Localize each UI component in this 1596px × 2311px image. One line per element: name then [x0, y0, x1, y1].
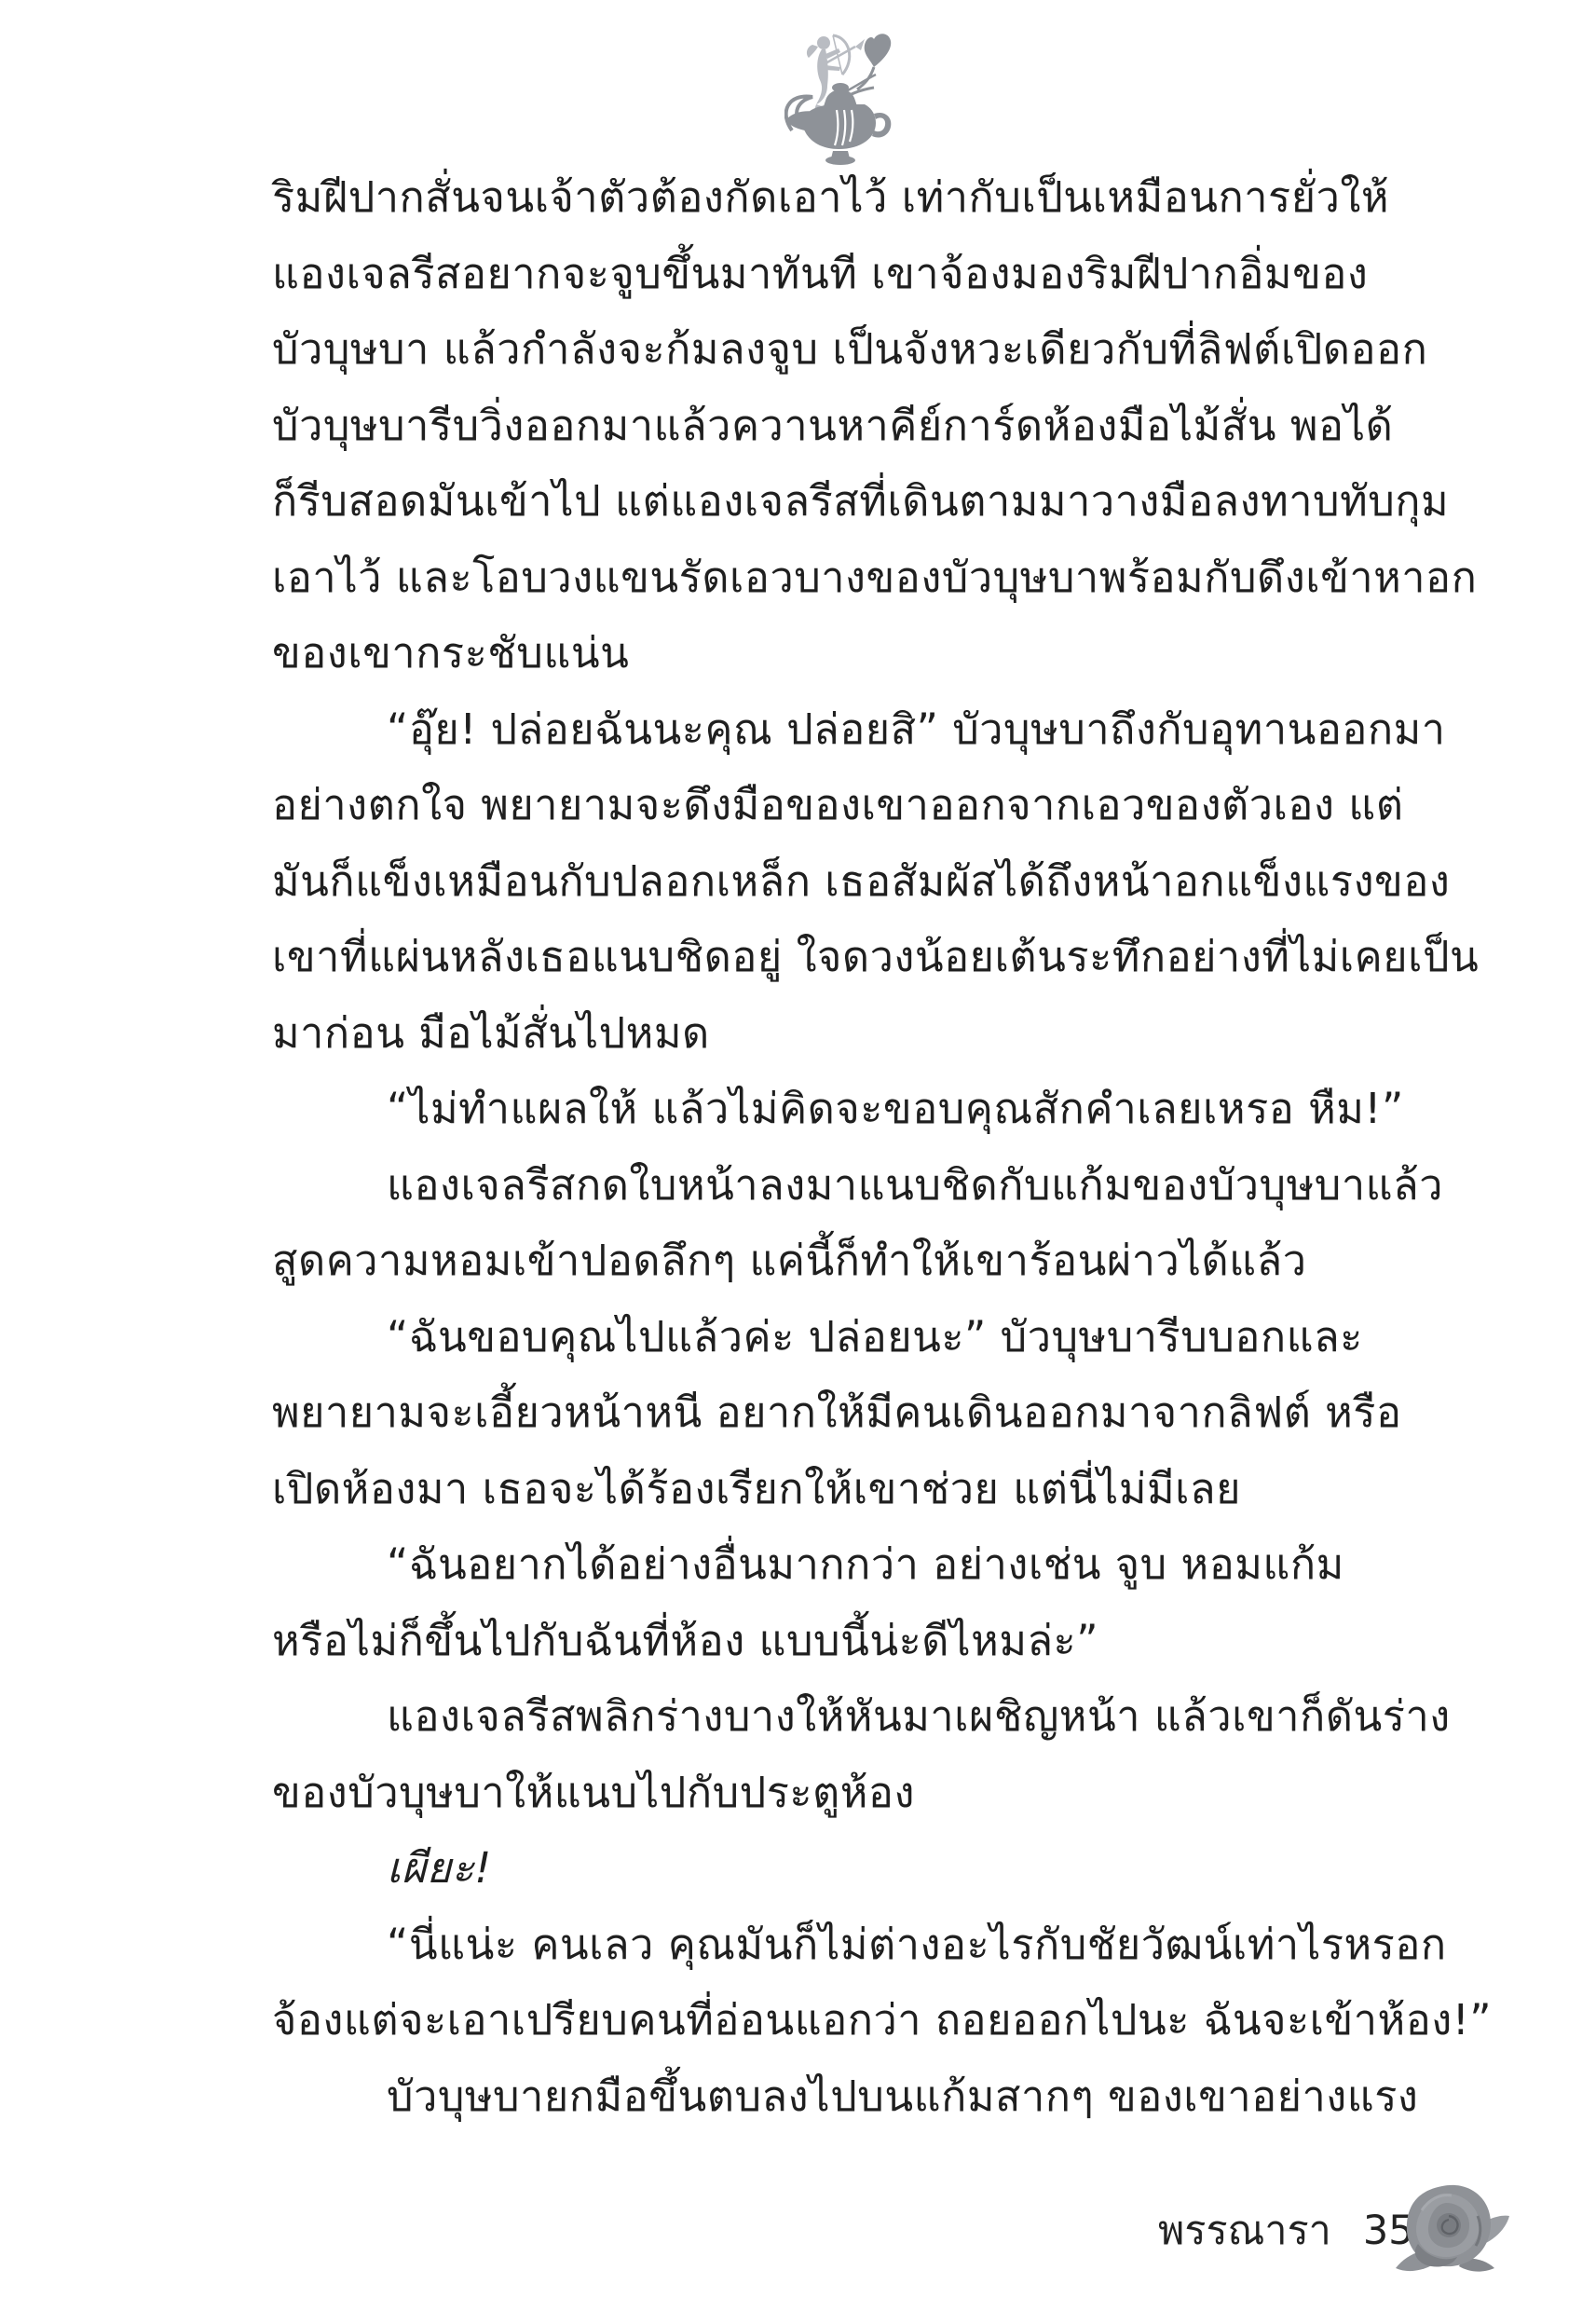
text-line: แองเจลรีสอยากจะจูบขึ้นมาทันที เขาจ้องมอง… [272, 236, 1423, 312]
text-line: แองเจลรีสพลิกร่างบางให้หันมาเผชิญหน้า แล… [272, 1678, 1423, 1755]
cupid-heart-teapot-ornament [784, 26, 896, 168]
text-line: เอาไว้ และโอบวงแขนรัดเอวบางของบัวบุษบาพร… [272, 540, 1423, 616]
text-line: “ไม่ทำแผลให้ แล้วไม่คิดจะขอบคุณสักคำเลยเ… [272, 1071, 1423, 1147]
text-line: มาก่อน มือไม้สั่นไปหมด [272, 995, 1423, 1072]
text-line: ก็รีบสอดมันเข้าไป แต่แองเจลรีสที่เดินตาม… [272, 463, 1423, 540]
book-title: พรรณารา [1158, 2203, 1331, 2259]
text-line: สูดความหอมเข้าปอดลึกๆ แค่นี้ก็ทำให้เขาร้… [272, 1223, 1423, 1299]
text-line: “ฉันอยากได้อย่างอื่นมากกว่า อย่างเช่น จู… [272, 1526, 1423, 1603]
footer-text: พรรณารา 35 [1158, 2203, 1414, 2259]
text-line: ริมฝีปากสั่นจนเจ้าตัวต้องกัดเอาไว้ เท่าก… [272, 159, 1423, 236]
text-line: เขาที่แผ่นหลังเธอแนบชิดอยู่ ใจดวงน้อยเต้… [272, 919, 1423, 995]
text-line: แองเจลรีสกดใบหน้าลงมาแนบชิดกับแก้มของบัว… [272, 1147, 1423, 1224]
body-text: ริมฝีปากสั่นจนเจ้าตัวต้องกัดเอาไว้ เท่าก… [272, 159, 1423, 2134]
heart-tail [857, 67, 874, 89]
book-page: ริมฝีปากสั่นจนเจ้าตัวต้องกัดเอาไว้ เท่าก… [0, 0, 1596, 2311]
text-line: บัวบุษบารีบวิ่งออกมาแล้วควานหาคีย์การ์ดห… [272, 388, 1423, 464]
text-line: จ้องแต่จะเอาเปรียบคนที่อ่อนแอกว่า ถอยออก… [272, 1982, 1423, 2058]
text-line: “อุ๊ย! ปล่อยฉันนะคุณ ปล่อยสิ” บัวบุษบาถึ… [272, 691, 1423, 768]
rose-icon [1377, 2179, 1513, 2289]
arrow-head [855, 39, 865, 50]
text-line: ของเขากระชับแน่น [272, 615, 1423, 691]
text-line: บัวบุษบายกมือขึ้นตบลงไปบนแก้มสากๆ ของเขา… [272, 2058, 1423, 2135]
text-line: มันก็แข็งเหมือนกับปลอกเหล็ก เธอสัมผัสได้… [272, 843, 1423, 920]
text-line: เปิดห้องมา เธอจะได้ร้องเรียกให้เขาช่วย แ… [272, 1451, 1423, 1527]
text-line: หรือไม่ก็ขึ้นไปกับฉันที่ห้อง แบบนี้น่ะดี… [272, 1603, 1423, 1679]
text-line: พยายามจะเอี้ยวหน้าหนี อยากให้มีคนเดินออก… [272, 1374, 1423, 1451]
text-line: อย่างตกใจ พยายามจะดึงมือของเขาออกจากเอวข… [272, 767, 1423, 843]
text-line: ของบัวบุษบาให้แนบไปกับประตูห้อง [272, 1755, 1423, 1831]
heart-icon [865, 34, 892, 67]
text-line: “นี่แน่ะ คนเลว คุณมันก็ไม่ต่างอะไรกับชัย… [272, 1907, 1423, 1983]
text-line: บัวบุษบา แล้วกำลังจะก้มลงจูบ เป็นจังหวะเ… [272, 311, 1423, 388]
text-line-sound-effect: เผียะ! [272, 1830, 1423, 1907]
page-footer: พรรณารา 35 [0, 2192, 1596, 2304]
text-line: “ฉันขอบคุณไปแล้วค่ะ ปล่อยนะ” บัวบุษบารีบ… [272, 1299, 1423, 1375]
